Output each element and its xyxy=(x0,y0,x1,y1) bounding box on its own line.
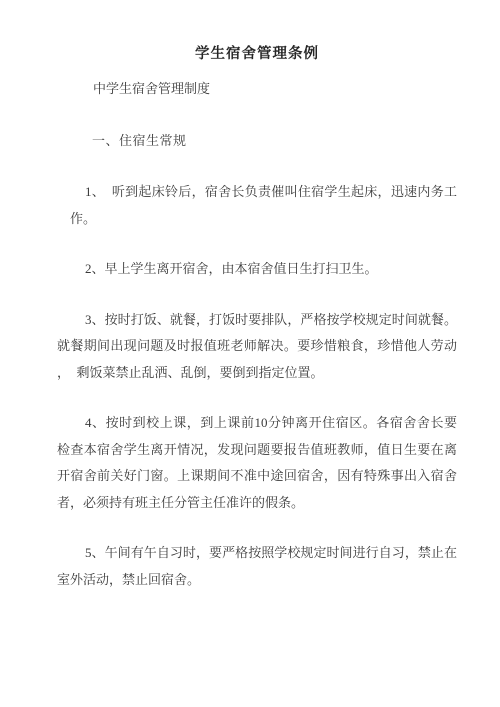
document-page: 学生宿舍管理条例 中学生宿舍管理制度 一、住宿生常规 1、 听到起床铃后，宿舍长… xyxy=(0,0,500,707)
paragraph: 3、按时打饭、就餐，打饭时要排队，严格按学校规定时间就餐。就餐期间出现问题及时报… xyxy=(57,307,457,387)
paragraph-line: ， 剩饭菜禁止乱洒、乱倒，要倒到指定位置。 xyxy=(57,360,457,387)
paragraph-line: 5、午间有午自习时，要严格按照学校规定时间进行自习，禁止在 xyxy=(57,540,457,567)
paragraph-line: 开宿舍前关好门窗。上课期间不准中途回宿舍，因有特殊事出入宿舍 xyxy=(57,463,457,490)
paragraph-line: 4、按时到校上课，到上课前10分钟离开住宿区。各宿舍舍长要 xyxy=(57,410,457,437)
section-heading: 一、住宿生常规 xyxy=(57,128,457,155)
document-subtitle: 中学生宿舍管理制度 xyxy=(57,76,457,103)
paragraph: 1、 听到起床铃后，宿舍长负责催叫住宿学生起床，迅速内务工 作。 xyxy=(57,179,457,232)
paragraph: 2、早上学生离开宿舍，由本宿舍值日生打扫卫生。 xyxy=(57,256,457,283)
paragraph-line: 室外活动，禁止回宿舍。 xyxy=(57,567,457,594)
paragraph-line: 检查本宿舍学生离开情况，发现问题要报告值班教师，值日生要在离 xyxy=(57,437,457,464)
paragraph-line: 2、早上学生离开宿舍，由本宿舍值日生打扫卫生。 xyxy=(57,256,457,283)
document-title: 学生宿舍管理条例 xyxy=(57,41,457,68)
paragraph-list: 1、 听到起床铃后，宿舍长负责催叫住宿学生起床，迅速内务工 作。2、早上学生离开… xyxy=(57,179,457,593)
paragraph-line: 1、 听到起床铃后，宿舍长负责催叫住宿学生起床，迅速内务工 xyxy=(57,179,457,206)
paragraph-line: 者，必须持有班主任分管主任准许的假条。 xyxy=(57,490,457,517)
paragraph-line: 作。 xyxy=(57,206,457,233)
paragraph: 4、按时到校上课，到上课前10分钟离开住宿区。各宿舍舍长要检查本宿舍学生离开情况… xyxy=(57,410,457,516)
paragraph: 5、午间有午自习时，要严格按照学校规定时间进行自习，禁止在室外活动，禁止回宿舍。 xyxy=(57,540,457,593)
paragraph-line: 3、按时打饭、就餐，打饭时要排队，严格按学校规定时间就餐。 xyxy=(57,307,457,334)
paragraph-line: 就餐期间出现问题及时报值班老师解决。要珍惜粮食，珍惜他人劳动 xyxy=(57,333,457,360)
